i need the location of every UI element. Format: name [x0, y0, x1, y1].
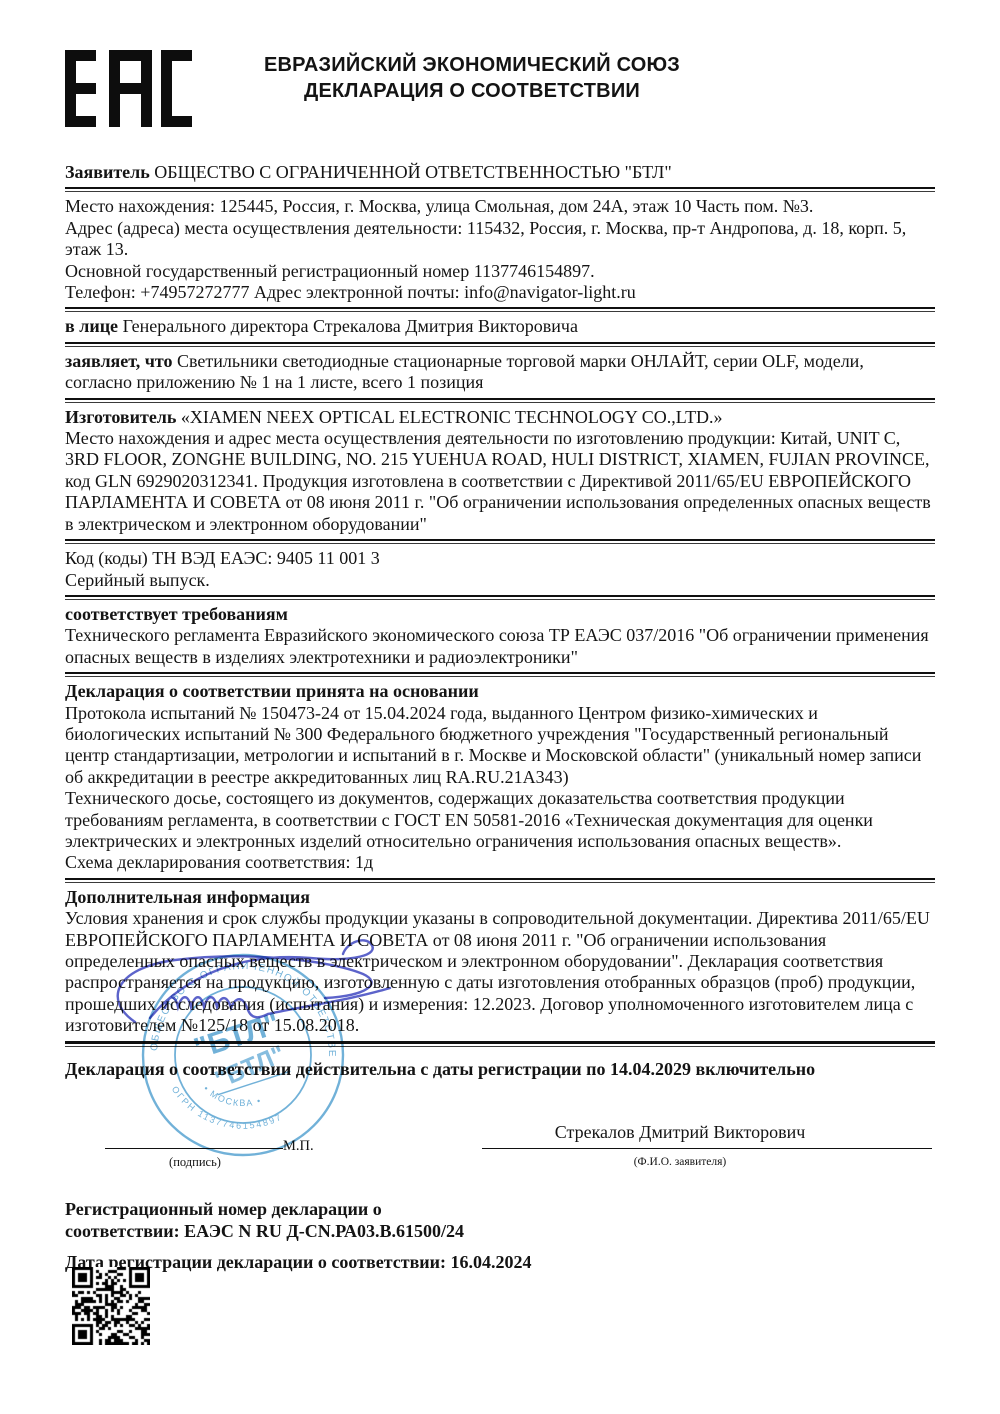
section-divider [65, 307, 935, 312]
representative-text: Генерального директора Стрекалова Дмитри… [123, 316, 578, 336]
applicant-location: Место нахождения: 125445, Россия, г. Мос… [65, 196, 935, 217]
seal-place-mark: М.П. [283, 1136, 314, 1157]
manufacturer-name: «XIAMEN NEEX OPTICAL ELECTRONIC TECHNOLO… [181, 407, 723, 427]
section-product-codes: Код (коды) ТН ВЭД ЕАЭС: 9405 11 001 3 Се… [65, 546, 935, 594]
signature-zone: (подпись) М.П. Стрекалов Дмитрий Викторо… [65, 1098, 935, 1184]
registration-number-line1: Регистрационный номер декларации о [65, 1198, 935, 1220]
applicant-ogrn: Основной государственный регистрационный… [65, 261, 935, 282]
section-divider [65, 187, 935, 192]
basis-dossier: Технического досье, состоящего из докуме… [65, 788, 935, 852]
basis-scheme: Схема декларирования соответствия: 1д [65, 852, 935, 873]
section-divider [65, 539, 935, 544]
additional-label: Дополнительная информация [65, 887, 310, 907]
release-type: Серийный выпуск. [65, 570, 935, 591]
document-header: ЕВРАЗИЙСКИЙ ЭКОНОМИЧЕСКИЙ СОЮЗ ДЕКЛАРАЦИ… [65, 38, 935, 140]
section-declares: заявляет, что Светильники светодиодные с… [65, 349, 935, 397]
section-divider [65, 878, 935, 883]
manufacturer-label: Изготовитель [65, 407, 176, 427]
applicant-activity-address: Адрес (адреса) места осуществления деяте… [65, 218, 935, 261]
title-doc-type: ДЕКЛАРАЦИЯ О СООТВЕТСТВИИ [192, 78, 752, 104]
signature-line [105, 1148, 283, 1149]
section-representative: в лице Генерального директора Стрекалова… [65, 314, 935, 340]
additional-text: Условия хранения и срок службы продукции… [65, 908, 935, 1036]
basis-label: Декларация о соответствии принята на осн… [65, 681, 479, 701]
declaration-document: ЕВРАЗИЙСКИЙ ЭКОНОМИЧЕСКИЙ СОЮЗ ДЕКЛАРАЦИ… [0, 0, 1000, 1414]
section-applicant-details: Место нахождения: 125445, Россия, г. Мос… [65, 194, 935, 306]
section-divider [65, 672, 935, 677]
signer-name: Стрекалов Дмитрий Викторович [520, 1122, 840, 1143]
title-union: ЕВРАЗИЙСКИЙ ЭКОНОМИЧЕСКИЙ СОЮЗ [192, 52, 752, 78]
applicant-label: Заявитель [65, 162, 150, 182]
registration-number: Регистрационный номер декларации о соотв… [65, 1198, 935, 1242]
manufacturer-details: Место нахождения и адрес места осуществл… [65, 428, 935, 535]
signature-caption: (подпись) [140, 1152, 250, 1173]
applicant-name: ОБЩЕСТВО С ОГРАНИЧЕННОЙ ОТВЕТСТВЕННОСТЬЮ… [154, 162, 671, 182]
validity-statement: Декларация о соответствии действительна … [65, 1059, 935, 1080]
signer-name-caption: (Ф.И.О. заявителя) [570, 1152, 790, 1173]
basis-protocol: Протокола испытаний № 150473-24 от 15.04… [65, 703, 935, 789]
section-divider-thick [65, 1041, 935, 1047]
compliance-text: Технического регламента Евразийского эко… [65, 625, 935, 668]
section-divider [65, 342, 935, 347]
declares-text: Светильники светодиодные стационарные то… [65, 351, 864, 392]
representative-label: в лице [65, 316, 118, 336]
section-basis: Декларация о соответствии принята на осн… [65, 679, 935, 877]
section-applicant: Заявитель ОБЩЕСТВО С ОГРАНИЧЕННОЙ ОТВЕТС… [65, 160, 935, 186]
section-manufacturer: Изготовитель «XIAMEN NEEX OPTICAL ELECTR… [65, 405, 935, 538]
signer-name-line [482, 1148, 932, 1149]
registration-number-line2: соответствии: ЕАЭС N RU Д-CN.РА03.В.6150… [65, 1220, 935, 1242]
section-compliance: соответствует требованиям Технического р… [65, 602, 935, 671]
registration-date: Дата регистрации декларации о соответств… [65, 1252, 935, 1273]
eac-logo-icon [65, 38, 192, 140]
compliance-label: соответствует требованиям [65, 604, 288, 624]
qr-code [72, 1267, 150, 1345]
document-title: ЕВРАЗИЙСКИЙ ЭКОНОМИЧЕСКИЙ СОЮЗ ДЕКЛАРАЦИ… [192, 38, 752, 104]
applicant-contacts: Телефон: +74957272777 Адрес электронной … [65, 282, 935, 303]
declares-label: заявляет, что [65, 351, 173, 371]
section-divider [65, 595, 935, 600]
section-divider [65, 398, 935, 403]
tnved-code: Код (коды) ТН ВЭД ЕАЭС: 9405 11 001 3 [65, 548, 935, 569]
section-additional-info: Дополнительная информация Условия хранен… [65, 885, 935, 1040]
